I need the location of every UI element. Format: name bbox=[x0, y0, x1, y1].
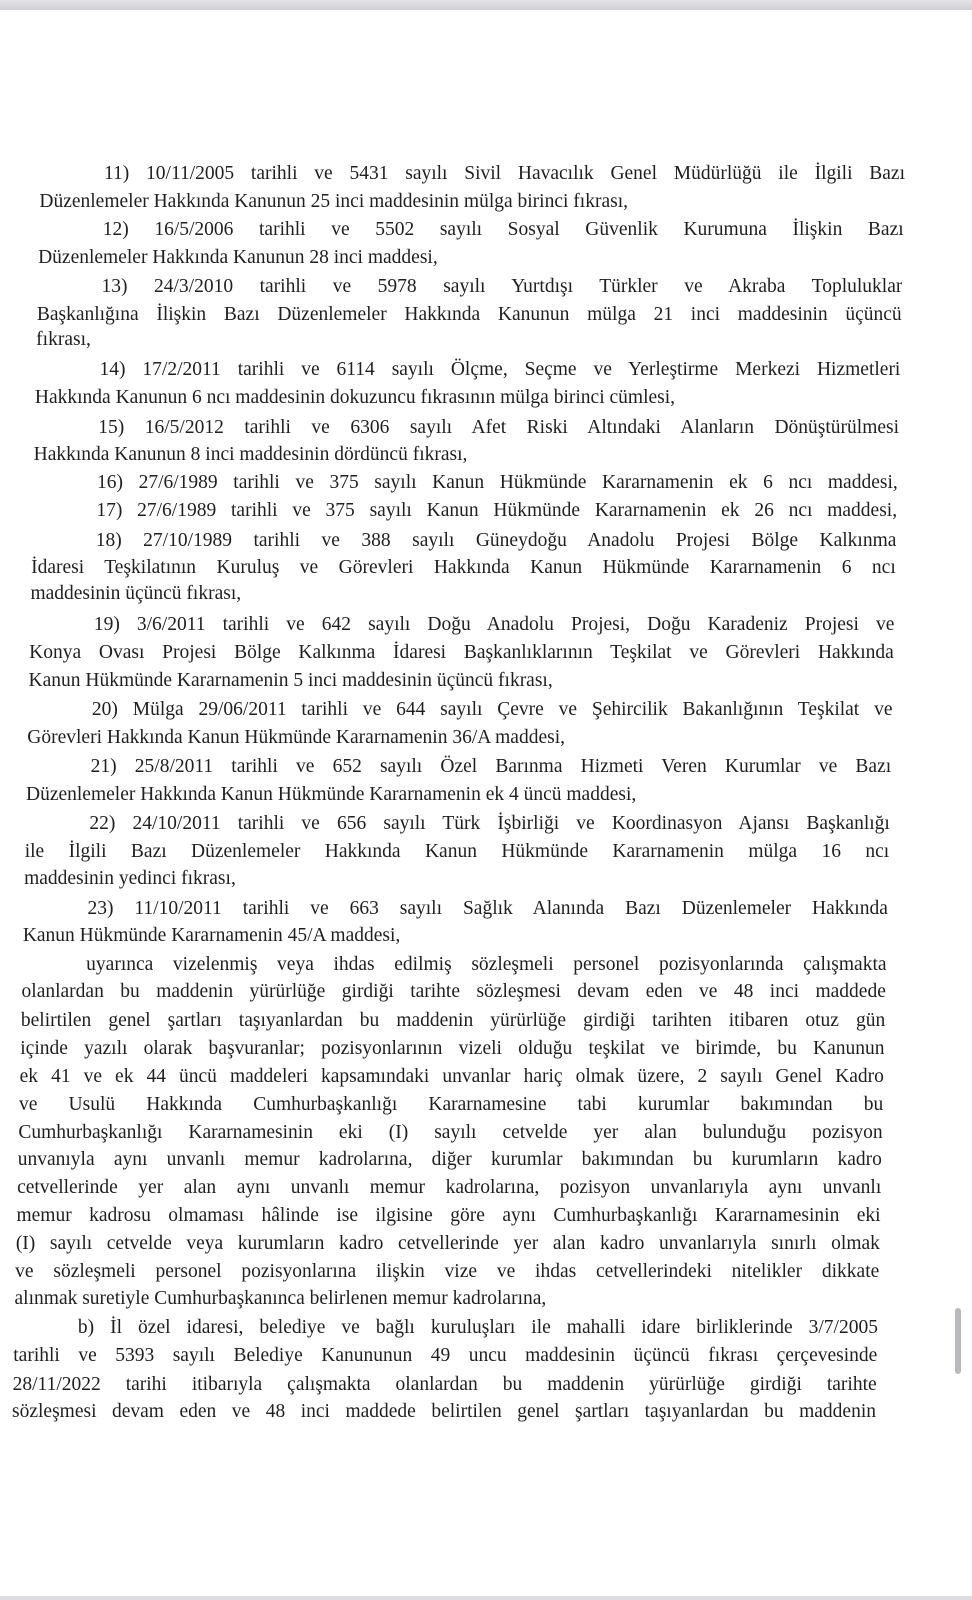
paragraph-first-line: 18) 27/10/1989 tarihli ve 388 sayılı Gün… bbox=[96, 529, 897, 553]
paragraph-first-line: uyarınca vizelenmiş veya ihdas edilmiş s… bbox=[86, 953, 886, 977]
paragraph-line: Kanun Hükmünde Kararnamenin 45/A maddesi… bbox=[23, 924, 400, 948]
paragraph-first-line: 16) 27/6/1989 tarihli ve 375 sayılı Kanu… bbox=[97, 471, 898, 495]
paragraph-line: ve sözleşmeli personel pozisyonlarına il… bbox=[15, 1260, 879, 1284]
paragraph-line: (I) sayılı cetvelde veya kurumların kadr… bbox=[16, 1232, 880, 1256]
paragraph-line: belirtilen genel şartları taşıyanlardan … bbox=[21, 1009, 885, 1033]
paragraph-line: sözleşmesi devam eden ve 48 inci maddede… bbox=[12, 1400, 876, 1424]
paragraph-line: fıkrası, bbox=[36, 328, 91, 352]
paragraph-line: Cumhurbaşkanlığı Kararnamesinin eki (I) … bbox=[18, 1121, 882, 1145]
paragraph-first-line: 14) 17/2/2011 tarihli ve 6114 sayılı Ölç… bbox=[100, 358, 901, 382]
vertical-scrollbar[interactable] bbox=[955, 1308, 961, 1374]
paragraph-line: ve Usulü Hakkında Cumhurbaşkanlığı Karar… bbox=[19, 1093, 883, 1117]
paragraph-first-line: 20) Mülga 29/06/2011 tarihli ve 644 sayı… bbox=[92, 698, 893, 722]
paragraph-first-line: 22) 24/10/2011 tarihli ve 656 sayılı Tür… bbox=[89, 812, 889, 836]
paragraph-line: Kanun Hükmünde Kararnamenin 5 inci madde… bbox=[29, 669, 553, 693]
paragraph-first-line: b) İl özel idaresi, belediye ve bağlı ku… bbox=[78, 1316, 878, 1340]
paragraph-line: 28/11/2022 tarihi itibarıyla çalışmakta … bbox=[13, 1373, 877, 1397]
paragraph-first-line: 17) 27/6/1989 tarihli ve 375 sayılı Kanu… bbox=[96, 499, 897, 523]
paragraph-line: Başkanlığına İlişkin Bazı Düzenlemeler H… bbox=[37, 303, 902, 327]
paragraph-first-line: 15) 16/5/2012 tarihli ve 6306 sayılı Afe… bbox=[98, 416, 899, 440]
paragraph-line: içinde yazılı olarak başvuranlar; pozisy… bbox=[20, 1037, 884, 1061]
viewer-bottom-bar bbox=[0, 1596, 972, 1600]
paragraph-line: Düzenlemeler Hakkında Kanunun 28 inci ma… bbox=[38, 246, 438, 270]
paragraph-line: tarihli ve 5393 sayılı Belediye Kanununu… bbox=[13, 1344, 877, 1368]
paragraph-first-line: 19) 3/6/2011 tarihli ve 642 sayılı Doğu … bbox=[94, 613, 895, 637]
paragraph-line: ek 41 ve ek 44 üncü maddeleri kapsamında… bbox=[20, 1065, 884, 1089]
paragraph-line: Görevleri Hakkında Kanun Hükmünde Kararn… bbox=[27, 726, 565, 750]
paragraph-first-line: 21) 25/8/2011 tarihli ve 652 sayılı Özel… bbox=[91, 755, 892, 779]
paragraph-first-line: 11) 10/11/2005 tarihli ve 5431 sayılı Si… bbox=[104, 162, 905, 186]
paragraph-first-line: 23) 11/10/2011 tarihli ve 663 sayılı Sağ… bbox=[87, 897, 887, 921]
document-page: 11) 10/11/2005 tarihli ve 5431 sayılı Si… bbox=[0, 0, 972, 1600]
paragraph-line: Düzenlemeler Hakkında Kanun Hükmünde Kar… bbox=[26, 783, 636, 807]
paragraph-first-line: 13) 24/3/2010 tarihli ve 5978 sayılı Yur… bbox=[101, 275, 902, 299]
paragraph-line: Hakkında Kanunun 8 inci maddesinin dördü… bbox=[34, 443, 468, 467]
paragraph-first-line: 12) 16/5/2006 tarihli ve 5502 sayılı Sos… bbox=[103, 218, 904, 242]
paragraph-line: cetvellerinde yer alan aynı unvanlı memu… bbox=[17, 1176, 881, 1200]
paragraph-line: İdaresi Teşkilatının Kuruluş ve Görevler… bbox=[31, 556, 896, 580]
paragraph-line: Düzenlemeler Hakkında Kanunun 25 inci ma… bbox=[39, 190, 628, 214]
paragraph-line: alınmak suretiyle Cumhurbaşkanınca belir… bbox=[15, 1287, 547, 1311]
paragraph-line: maddesinin yedinci fıkrası, bbox=[24, 867, 236, 891]
paragraph-line: ile İlgili Bazı Düzenlemeler Hakkında Ka… bbox=[25, 840, 889, 864]
paragraph-line: memur kadrosu olmaması hâlinde ise ilgis… bbox=[16, 1204, 880, 1228]
paragraph-line: olanlardan bu maddenin yürürlüğe girdiği… bbox=[22, 980, 886, 1004]
paragraph-line: unvanıyla aynı unvanlı memur kadrolarına… bbox=[18, 1148, 882, 1172]
paragraph-line: maddesinin üçüncü fıkrası, bbox=[30, 582, 241, 606]
paragraph-line: Konya Ovası Projesi Bölge Kalkınma İdare… bbox=[29, 641, 894, 665]
paragraph-line: Hakkında Kanunun 6 ncı maddesinin dokuzu… bbox=[35, 386, 675, 410]
